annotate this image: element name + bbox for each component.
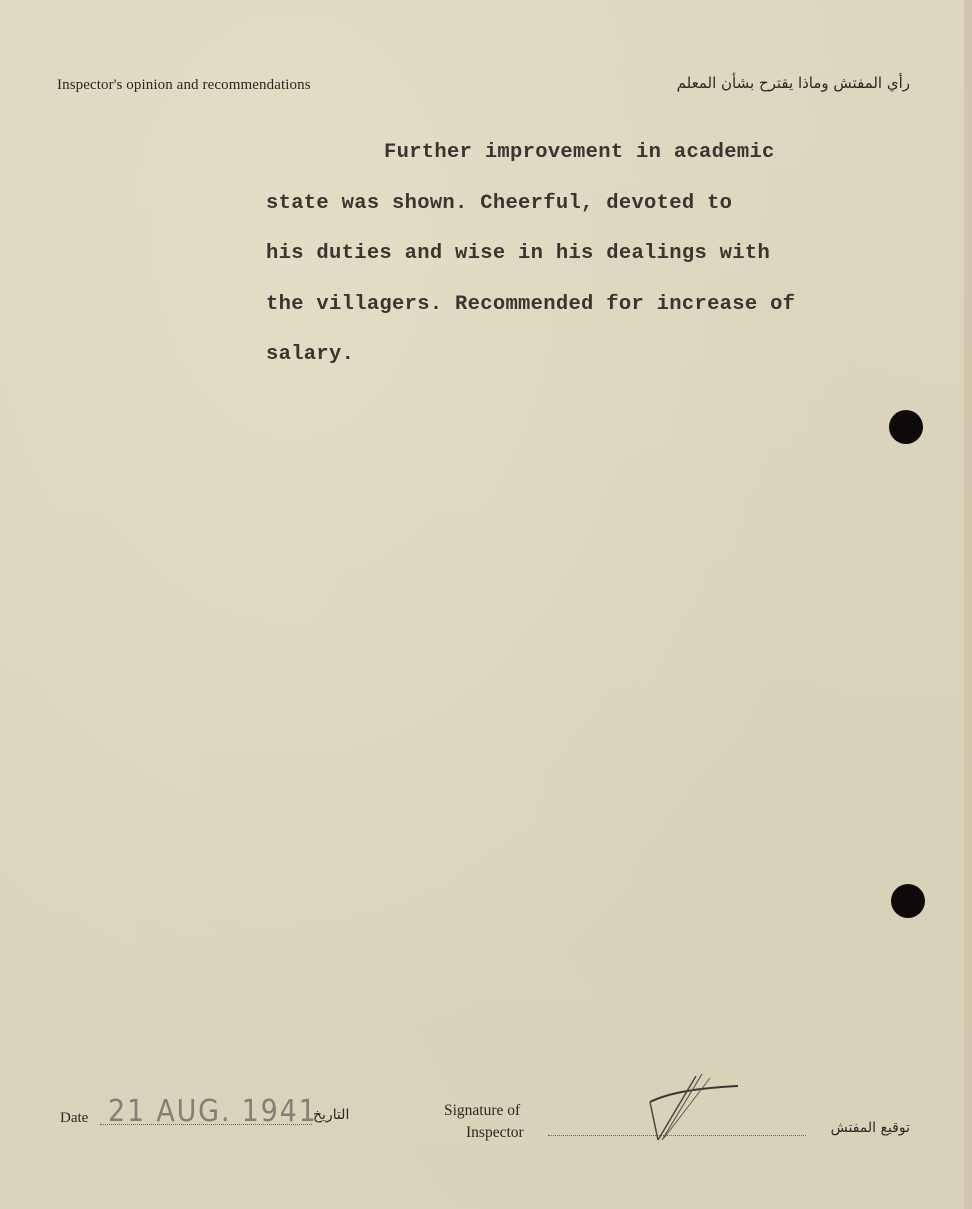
typed-line: the villagers. Recommended for increase … [266, 280, 926, 331]
signature-label-line2: Inspector [444, 1122, 524, 1144]
typed-line: his duties and wise in his dealings with [266, 229, 926, 280]
typed-line: salary. [266, 330, 926, 381]
typed-recommendation: Further improvement in academic state wa… [266, 128, 926, 381]
typed-line: state was shown. Cheerful, devoted to [266, 179, 926, 230]
section-label-ar: رأي المفتش وماذا يقترح بشأن المعلم [677, 74, 910, 92]
signature-label-ar: توقيع المفتش [831, 1120, 910, 1136]
signature-label-line1: Signature of [444, 1100, 524, 1122]
date-stamp: 21 AUG. 1941 [108, 1094, 318, 1129]
punch-hole-icon [889, 410, 923, 444]
punch-hole-icon [891, 884, 925, 918]
signature-label: Signature of Inspector [444, 1100, 524, 1144]
date-label: Date [60, 1110, 88, 1127]
handwritten-signature-icon [640, 1070, 750, 1150]
date-label-ar: التاريخ [313, 1107, 349, 1123]
page-edge [964, 0, 972, 1209]
typed-line: Further improvement in academic [266, 128, 926, 179]
section-label-en: Inspector's opinion and recommendations [57, 77, 311, 94]
